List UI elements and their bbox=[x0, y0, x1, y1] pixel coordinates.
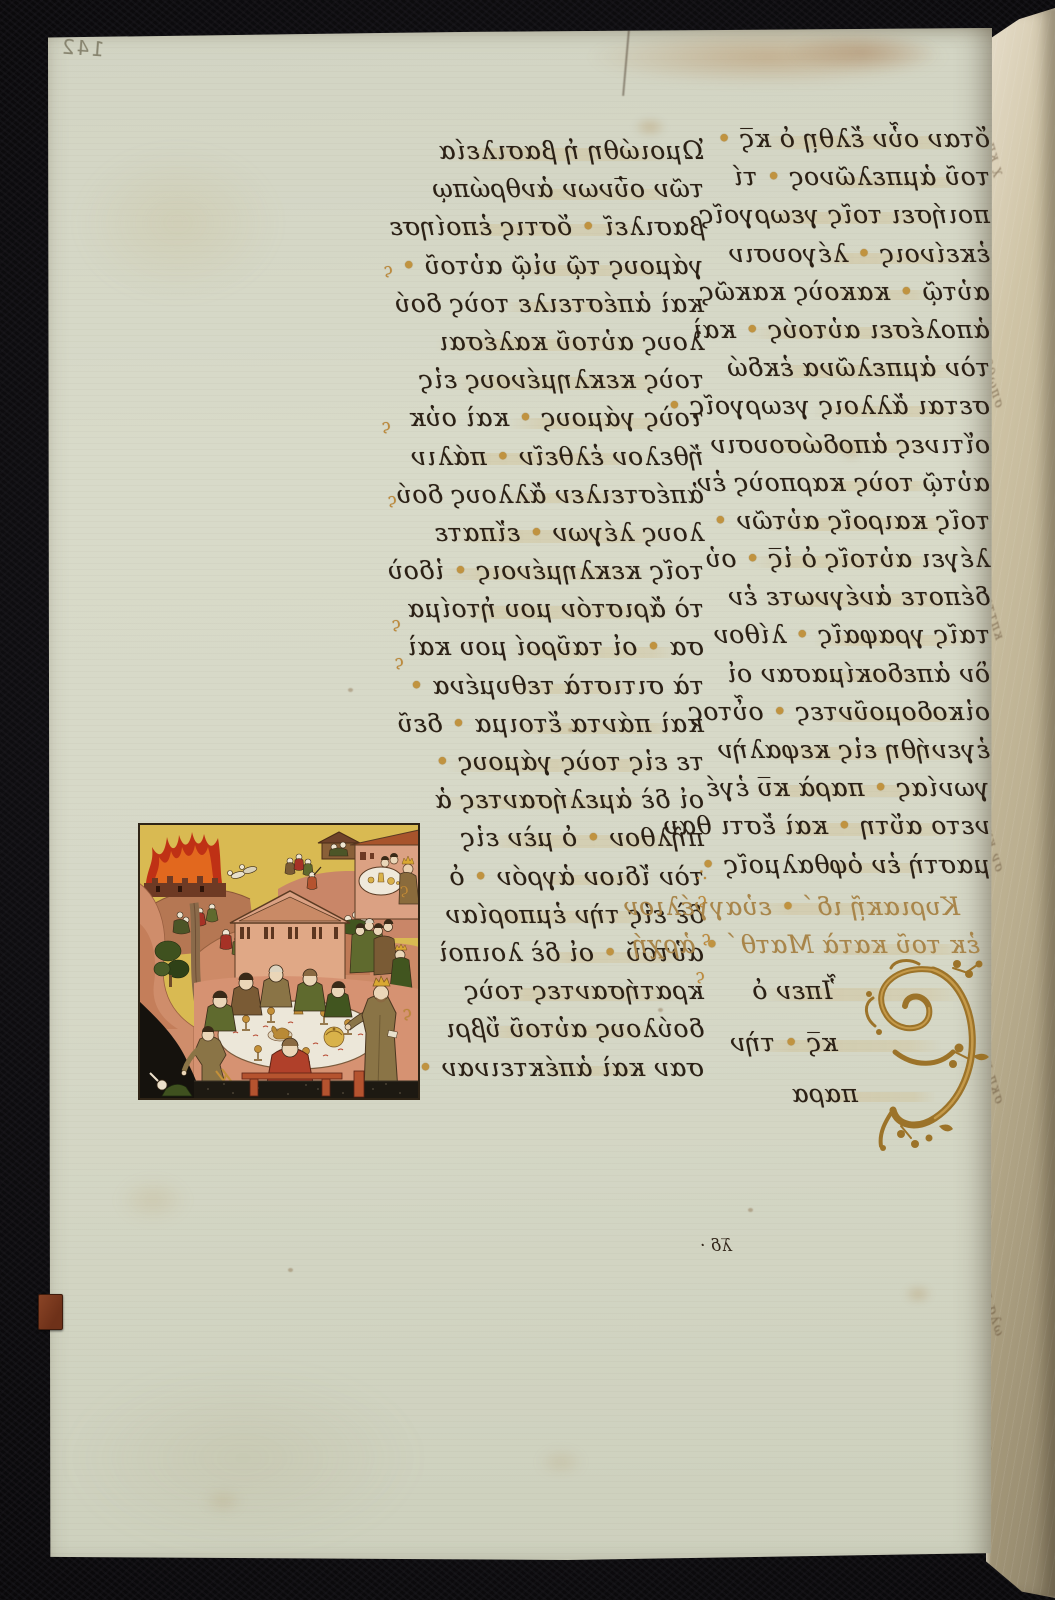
text-line: τοῦ ἀμπελῶνος • τί bbox=[710, 158, 990, 196]
text-line: ὅταν οὖν ἔλθῃ ὁ κς̅ • bbox=[710, 120, 990, 158]
text-line: οἵτινες ἀποδώσουσιν bbox=[710, 426, 990, 464]
folio-number: 142 bbox=[59, 34, 105, 61]
miniature-feast-scene bbox=[138, 823, 420, 1100]
text-line: τοῖς κεκλημένοις • ἰδοὺ bbox=[392, 552, 704, 590]
text-line: τῶν οὐ̅νων ἀνθρώπῳ bbox=[392, 170, 704, 208]
text-line: Ὡμοιώθη ἡ βασιλεία bbox=[392, 132, 704, 170]
quire-signature: λ̅δ · bbox=[700, 1236, 732, 1256]
text-line: κρατήσαντες τοὺς bbox=[436, 972, 704, 1010]
text-line: οἱ δὲ ἀμελήσαντες ἀ bbox=[392, 781, 704, 819]
text-line: σα • οἱ ταῦροί μου καὶ bbox=[392, 628, 704, 666]
text-line: τε εἰς τοὺς γάμους • bbox=[392, 743, 704, 781]
text-line: μαστὴ ἐν ὀφθαλμοῖς • bbox=[710, 846, 990, 884]
text-line: τὸν ἴδιον ἀγρόν • ὁ bbox=[436, 858, 704, 896]
text-line: γωνίας • παρὰ κυ̅ ἐγέ bbox=[710, 769, 990, 807]
text-line: ἐκείνοις • λέγουσιν bbox=[710, 235, 990, 273]
gold-margin-mark: ς bbox=[381, 416, 392, 435]
text-line: αὐτῷ • κακοὺς κακῶς bbox=[710, 273, 990, 311]
text-line: ἐγενήθη εἰς κεφαλὴν bbox=[710, 731, 990, 769]
text-line: καὶ ἀπέστειλε τοὺς δού bbox=[392, 285, 704, 323]
leather-tab bbox=[38, 1294, 63, 1330]
text-line: γάμους τῷ υἱῷ αὐτοῦ • bbox=[392, 247, 704, 285]
stain bbox=[68, 1368, 418, 1548]
illuminated-initial-epsilon bbox=[835, 956, 990, 1151]
text-line: λους αὐτοῦ καλέσαι bbox=[392, 323, 704, 361]
text-line: ὃν ἀπεδοκίμασαν οἱ bbox=[710, 655, 990, 693]
fore-edge: γεωρβχ κππαλωικσπωθβσπιωσπκπττιοςχωλχκπσ… bbox=[986, 8, 1055, 1598]
stain bbox=[588, 28, 948, 86]
text-line: τοὺς γάμους • καὶ οὐκ bbox=[392, 399, 704, 437]
foxing-spot bbox=[748, 1208, 753, 1212]
text-line: αὐτῷ τοὺς καρποὺς ἐν bbox=[710, 464, 990, 502]
manuscript-page: 142 Ὡμοιώθη ἡ βασιλείατῶν οὐ̅νων ἀνθρώπῳ… bbox=[48, 28, 992, 1560]
stain bbox=[203, 1488, 243, 1514]
text-line: δέποτε ἀνέγνωτε ἐν bbox=[710, 578, 990, 616]
text-line: τὸν ἀμπελῶνα ἐκδώ bbox=[710, 349, 990, 387]
text-line: τὸ ἄριστόν μου ἡτοίμα bbox=[392, 590, 704, 628]
text-line: ταῖς γραφαῖς • λίθον bbox=[710, 616, 990, 654]
text-line: βασιλεῖ • ὅστις ἐποίησε bbox=[392, 208, 704, 246]
foxing-spot bbox=[288, 1268, 293, 1272]
text-line: δούλους αὐτοῦ ὕβρι bbox=[436, 1010, 704, 1048]
parchment-crack bbox=[622, 30, 630, 96]
text-line: τοῖς καιροῖς αὐτῶν • bbox=[710, 502, 990, 540]
stain bbox=[788, 32, 938, 72]
text-line: ἀπολέσει αὐτούς • καὶ bbox=[710, 311, 990, 349]
stain bbox=[903, 1283, 933, 1305]
text-line: Κυριακῇ ιδ΄ • εὐαγγέλιον bbox=[710, 888, 990, 926]
right-building bbox=[350, 830, 419, 919]
text-line: ἀπέστειλεν ἄλλους δού bbox=[392, 476, 704, 514]
gold-dot-cluster: ∴ bbox=[696, 866, 705, 886]
foxing-spot bbox=[348, 688, 353, 692]
text-line: σαν καὶ ἀπέκτειναν • bbox=[436, 1049, 704, 1087]
text-line: λέγει αὐτοῖς ὁ ἰς̅ • οὐ bbox=[710, 540, 990, 578]
stain bbox=[78, 148, 278, 298]
text-line: οἰκοδομοῦντες • οὗτος bbox=[710, 693, 990, 731]
stain bbox=[538, 1448, 584, 1476]
text-line: τὰ σιτιστὰ τεθυμένα • bbox=[392, 667, 704, 705]
text-line: ποιήσει τοῖς γεωργοῖς bbox=[710, 196, 990, 234]
text-line: λους λέγων • εἴπατε bbox=[392, 514, 704, 552]
text-line: νετο αὕτη • καὶ ἔστι θαυ bbox=[710, 807, 990, 845]
text-line: σεται ἄλλοις γεωργοῖς • bbox=[710, 387, 990, 425]
text-line: τοὺς κεκλημένους εἰς bbox=[392, 361, 704, 399]
text-line: ἤθελον ἐλθεῖν • πάλιν bbox=[392, 438, 704, 476]
stain bbox=[118, 1178, 188, 1222]
text-line: καὶ πάντα ἕτοιμα • δεῦ bbox=[392, 705, 704, 743]
